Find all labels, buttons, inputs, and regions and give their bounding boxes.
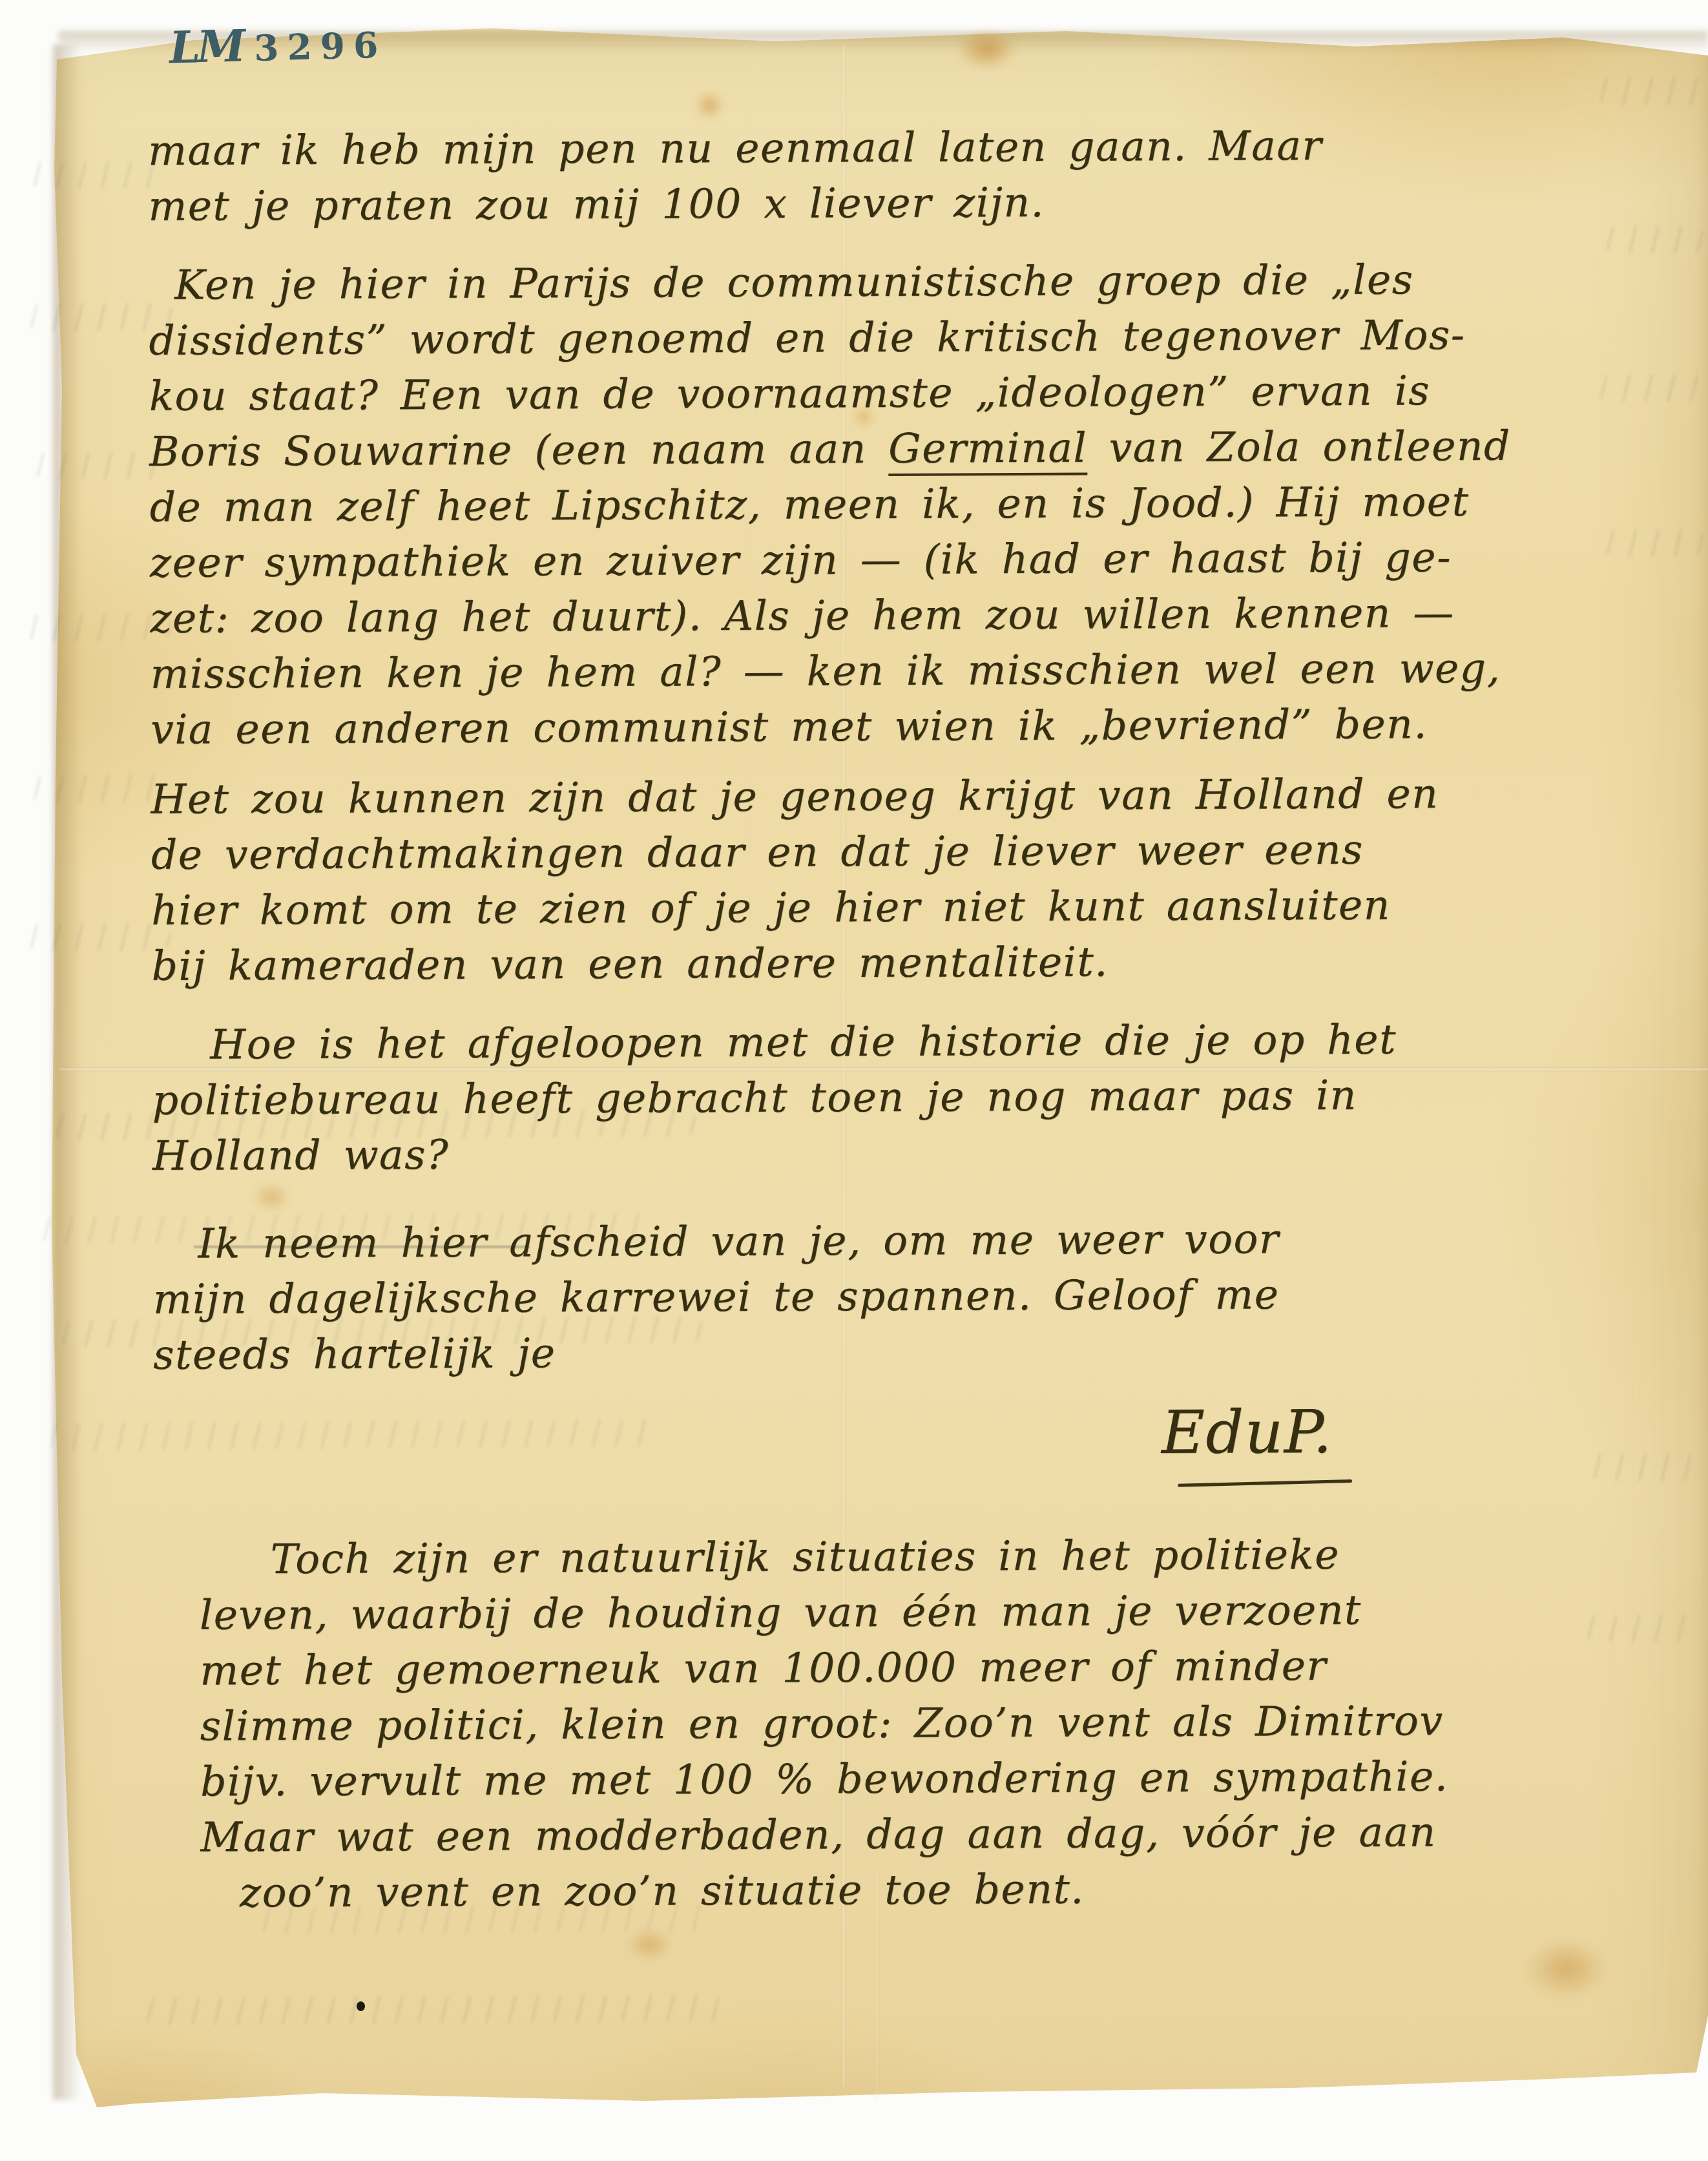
letter-line: leven, waarbij de houding van één man je… (200, 1582, 1595, 1643)
bleed-through-line (1602, 225, 1705, 253)
bleed-through-line (26, 923, 171, 952)
bleed-through-line (1583, 1614, 1699, 1642)
letter-line: zeer sympathiek en zuiver zijn — (ik had… (150, 529, 1590, 591)
letter-line: Hoe is het afgeloopen met die historie d… (152, 1011, 1592, 1073)
letter-line: maar ik heb mijn pen nu eenmaal laten ga… (148, 117, 1588, 179)
paragraph-1: maar ik heb mijn pen nu eenmaal laten ga… (148, 117, 1589, 235)
letter-line: slimme politici, klein en groot: Zoo’n v… (200, 1693, 1596, 1754)
letter-line-with-underlined-title: Boris Souwarine (een naam aan Germinal v… (149, 418, 1590, 480)
letter-line: bij kameraden van een andere mentaliteit… (151, 932, 1592, 994)
letter-line: dissidents” wordt genoemd en die kritisc… (149, 307, 1589, 369)
letter-line: politiebureau heeft gebracht toen je nog… (152, 1067, 1592, 1129)
bleed-through-line (1589, 1453, 1699, 1481)
paragraph-3: Het zou kunnen zijn dat je genoeg krijgt… (151, 766, 1592, 994)
paragraph-5: Ik neem hier afscheid van je, om me weer… (152, 1210, 1594, 1383)
letter-line: de man zelf heet Lipschitz, meen ik, en … (149, 474, 1590, 536)
signature: EduP. (1161, 1399, 1594, 1465)
stain (1525, 1938, 1609, 1999)
bleed-through-line (1596, 374, 1705, 402)
letter-line: met je praten zou mij 100 x liever zijn. (148, 172, 1588, 235)
letter-line: zoo’n vent en zoo’n situatie toe bent. (201, 1859, 1596, 1921)
letter-body: maar ik heb mijn pen nu eenmaal laten ga… (148, 117, 1596, 1921)
line-segment: van Zola ontleend (1087, 423, 1511, 472)
line-segment: Boris Souwarine (een naam aan (149, 425, 888, 475)
letter-line: kou staat? Een van de voornaamste „ideol… (149, 362, 1590, 424)
bleed-through-line (29, 775, 171, 803)
paragraph-2: Ken je hier in Parijs de communistische … (149, 251, 1591, 758)
stain (694, 90, 724, 120)
bleed-through-line (142, 1994, 724, 2025)
letter-line: Ik neem hier afscheid van je, om me weer… (152, 1210, 1593, 1272)
letter-line: met het gemoerneuk van 100.000 meer of m… (200, 1637, 1595, 1698)
scan-background: LM3296 maar ik heb mijn pen nu eenmaal l… (0, 0, 1708, 2161)
underlined-book-title: Germinal (888, 424, 1087, 476)
letter-line: hier komt om te zien of je je hier niet … (151, 877, 1592, 939)
letter-line: Holland was? (152, 1122, 1593, 1184)
letter-line: bijv. vervult me met 100 % bewondering e… (200, 1748, 1596, 1810)
letter-line: Het zou kunnen zijn dat je genoeg krijgt… (151, 766, 1591, 828)
letter-line: misschien ken je hem al? — ken ik missch… (150, 640, 1590, 702)
stamp-number: 3296 (253, 24, 387, 69)
paragraph-4: Hoe is het afgeloopen met die historie d… (152, 1011, 1593, 1184)
postscript-paragraph: Toch zijn er natuurlijk situaties in het… (199, 1526, 1596, 1921)
letter-line: Maar wat een modderbaden, dag aan dag, v… (200, 1804, 1596, 1865)
letter-line: mijn dagelijksche karrewei te spannen. G… (153, 1266, 1594, 1328)
letter-line: via een anderen communist met wien ik „b… (151, 696, 1591, 758)
stain (956, 30, 1017, 70)
archive-stamp: LM3296 (169, 17, 387, 74)
letter-line: de verdachtmakingen daar en dat je lieve… (151, 821, 1592, 883)
letter-line: zet: zoo lang het duurt). Als je hem zou… (150, 585, 1590, 647)
stamp-monogram: LM (169, 20, 243, 74)
stain (627, 1928, 672, 1961)
signature-flourish-line (1178, 1479, 1352, 1487)
bleed-through-line (1602, 529, 1705, 557)
letter-line: Ken je hier in Parijs de communistische … (149, 251, 1589, 313)
bleed-through-line (1596, 77, 1705, 105)
paper-edge-shadow-left (53, 45, 81, 2100)
ink-speck (357, 2001, 365, 2011)
letter-line: Toch zijn er natuurlijk situaties in het… (199, 1526, 1594, 1587)
letter-line: steeds hartelijk je (153, 1321, 1594, 1383)
